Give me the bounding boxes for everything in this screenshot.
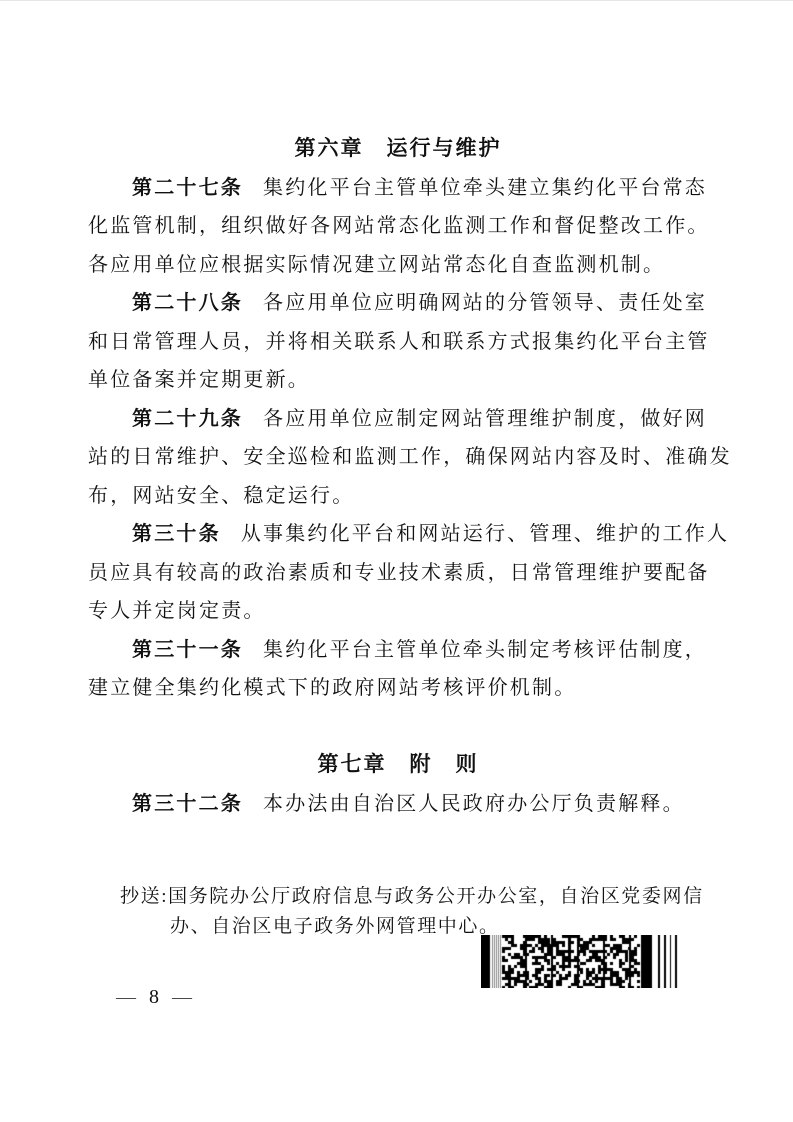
scan-edge-line [0,0,793,1]
article-line: 第二十八条各应用单位应明确网站的分管领导、责任处室 [88,284,708,323]
article-31-number: 第三十一条 [132,639,243,661]
article-28-number: 第二十八条 [132,292,243,314]
article-line: 第二十七条集约化平台主管单位牵头建立集约化平台常态 [88,169,708,208]
article-line: 和日常管理人员，并将相关联系人和联系方式报集约化平台主管 [88,323,708,362]
article-text: 各应用单位应制定网站管理维护制度，做好网 [263,408,707,430]
barcode [481,935,678,988]
article-text: 集约化平台主管单位牵头建立集约化平台常态 [263,177,707,199]
copy-note-text: 国务院办公厅政府信息与政务公开办公室，自治区党委网信 [168,886,704,907]
copy-note-label: 抄送: [120,886,168,907]
article-text: 从事集约化平台和网站运行、管理、维护的工作人 [241,523,729,545]
article-line: 员应具有较高的政治素质和专业技术素质，日常管理维护要配备 [88,554,708,593]
article-line: 单位备案并定期更新。 [88,361,708,400]
article-line: 第三十条从事集约化平台和网站运行、管理、维护的工作人 [88,515,708,554]
article-line: 布，网站安全、稳定运行。 [88,477,708,516]
article-30-number: 第三十条 [132,523,221,545]
article-29-number: 第二十九条 [132,408,243,430]
chapter-6-title: 第六章 运行与维护 [88,130,708,169]
article-line: 第三十一条集约化平台主管单位牵头制定考核评估制度， [88,631,708,670]
page-number: —8— [103,986,205,1009]
document-page: 第六章 运行与维护 第二十七条集约化平台主管单位牵头建立集约化平台常态 化监管机… [0,0,793,1122]
article-32: 第三十二条本办法由自治区人民政府办公厅负责解释。 [88,785,708,824]
article-line: 化监管机制，组织做好各网站常态化监测工作和督促整改工作。 [88,207,708,246]
copy-note-line: 抄送:国务院办公厅政府信息与政务公开办公室，自治区党委网信 [120,882,720,912]
document-body: 第六章 运行与维护 第二十七条集约化平台主管单位牵头建立集约化平台常态 化监管机… [88,130,708,823]
copy-note: 抄送:国务院办公厅政府信息与政务公开办公室，自治区党委网信 办、自治区电子政务外… [120,882,720,942]
page-number-dash-left: — [116,986,136,1009]
article-27: 第二十七条集约化平台主管单位牵头建立集约化平台常态 化监管机制，组织做好各网站常… [88,169,708,285]
article-line: 专人并定岗定责。 [88,592,708,631]
article-line: 第三十二条本办法由自治区人民政府办公厅负责解释。 [88,785,708,824]
article-31: 第三十一条集约化平台主管单位牵头制定考核评估制度， 建立健全集约化模式下的政府网… [88,631,708,708]
article-text: 集约化平台主管单位牵头制定考核评估制度， [263,639,707,661]
article-27-number: 第二十七条 [132,177,243,199]
article-29: 第二十九条各应用单位应制定网站管理维护制度，做好网 站的日常维护、安全巡检和监测… [88,400,708,516]
chapter-7-title: 第七章 附 则 [88,746,708,785]
article-line: 第二十九条各应用单位应制定网站管理维护制度，做好网 [88,400,708,439]
page-number-dash-right: — [172,986,192,1009]
article-32-number: 第三十二条 [132,793,243,815]
article-text: 本办法由自治区人民政府办公厅负责解释。 [263,793,685,815]
article-30: 第三十条从事集约化平台和网站运行、管理、维护的工作人 员应具有较高的政治素质和专… [88,515,708,631]
article-28: 第二十八条各应用单位应明确网站的分管领导、责任处室 和日常管理人员，并将相关联系… [88,284,708,400]
article-line: 各应用单位应根据实际情况建立网站常态化自查监测机制。 [88,246,708,285]
article-line: 站的日常维护、安全巡检和监测工作，确保网站内容及时、准确发 [88,438,708,477]
article-line: 建立健全集约化模式下的政府网站考核评价机制。 [88,669,708,708]
article-text: 各应用单位应明确网站的分管领导、责任处室 [263,292,707,314]
page-number-value: 8 [149,986,159,1009]
